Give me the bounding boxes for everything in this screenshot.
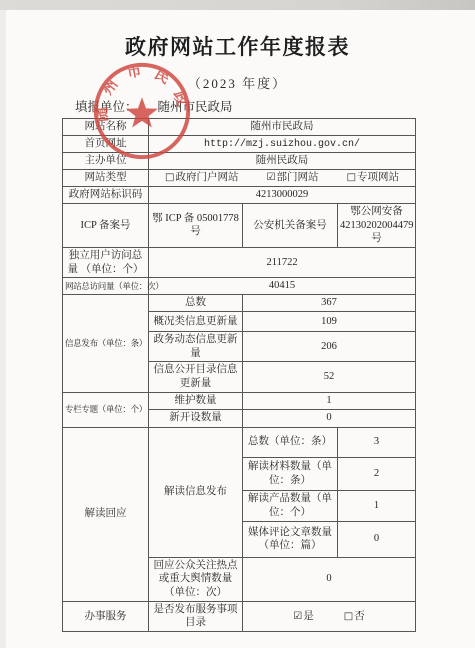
site-name-value: 随州市民政局 bbox=[149, 119, 416, 136]
home-url-value: http://mzj.suizhou.gov.cn/ bbox=[149, 136, 416, 153]
checkbox-unchecked-icon: □ bbox=[344, 611, 353, 622]
info-publish-news-label: 政务动态信息更新量 bbox=[149, 332, 243, 362]
special-columns-new-label: 新开设数量 bbox=[149, 409, 243, 427]
interpretation-publish-label: 解读信息发布 bbox=[149, 427, 243, 557]
site-type-option-portal: □政府门户网站 bbox=[165, 171, 238, 185]
interpretation-materials-value: 2 bbox=[338, 457, 416, 490]
service-yes-option: ☑是 bbox=[293, 610, 313, 624]
interpretation-media-label: 媒体评论文章数量（单位：篇） bbox=[243, 521, 338, 557]
info-publish-overview-label: 概况类信息更新量 bbox=[149, 312, 243, 332]
total-visits-label: 网站总访问量（单位：次） bbox=[63, 278, 149, 295]
unique-visitors-label: 独立用户访问总量 （单位：个） bbox=[63, 247, 149, 277]
info-publish-label: 信息发布（单位：条） bbox=[63, 295, 149, 393]
checkbox-unchecked-icon: □ bbox=[165, 172, 174, 183]
hotspot-response-label: 回应公众关注热点或重大舆情数量（单位：次） bbox=[149, 557, 243, 601]
site-type-label: 网站类型 bbox=[63, 170, 149, 187]
scan-artifact-top bbox=[0, 0, 475, 10]
special-columns-maintained-value: 1 bbox=[243, 392, 416, 409]
service-no-option: □否 bbox=[344, 610, 365, 624]
site-type-option-special: □专项网站 bbox=[347, 171, 399, 185]
service-yes-label: 是 bbox=[303, 611, 314, 622]
info-publish-catalog-value: 52 bbox=[243, 362, 416, 392]
site-type-option-portal-label: 政府门户网站 bbox=[175, 172, 238, 183]
site-type-option-department: ☑部门网站 bbox=[267, 171, 319, 185]
report-unit-line: 填报单位：随州市民政局 bbox=[75, 97, 233, 115]
interpretation-materials-label: 解读材料数量（单位：条） bbox=[243, 457, 338, 490]
scan-artifact-left bbox=[0, 10, 6, 648]
info-publish-overview-value: 109 bbox=[243, 312, 416, 332]
icp-label: ICP 备案号 bbox=[63, 204, 149, 248]
special-columns-maintained-label: 维护数量 bbox=[149, 392, 243, 409]
site-type-options: □政府门户网站 ☑部门网站 □专项网站 bbox=[149, 170, 416, 187]
total-visits-value: 40415 bbox=[149, 278, 416, 295]
organizer-label: 主办单位 bbox=[63, 153, 149, 170]
scanned-page: 政府网站工作年度报表 （2023 年度） 填报单位：随州市民政局 网站名称 随州… bbox=[0, 0, 475, 648]
site-code-label: 政府网站标识码 bbox=[63, 187, 149, 204]
unique-visitors-value: 211722 bbox=[149, 247, 416, 277]
hotspot-response-value: 0 bbox=[243, 557, 416, 601]
interpretation-products-label: 解读产品数量（单位：个） bbox=[243, 490, 338, 521]
annual-report-table: 网站名称 随州市民政局 首页网址 http://mzj.suizhou.gov.… bbox=[62, 118, 416, 632]
checkbox-checked-icon: ☑ bbox=[293, 611, 302, 622]
organizer-value: 随州民政局 bbox=[149, 153, 416, 170]
police-record-value: 鄂公网安备 42130202004479 号 bbox=[338, 204, 416, 248]
report-unit-value: 随州市民政局 bbox=[158, 100, 233, 114]
interpretation-total-label: 总数（单位：条） bbox=[243, 427, 338, 457]
police-record-label: 公安机关备案号 bbox=[243, 204, 338, 248]
site-type-option-department-label: 部门网站 bbox=[277, 172, 319, 183]
interpretation-products-value: 1 bbox=[338, 490, 416, 521]
special-columns-new-value: 0 bbox=[243, 409, 416, 427]
info-publish-total-value: 367 bbox=[243, 295, 416, 312]
icp-value: 鄂 ICP 备 05001778 号 bbox=[149, 204, 243, 248]
form-year: （2023 年度） bbox=[0, 73, 475, 92]
checkbox-unchecked-icon: □ bbox=[347, 172, 356, 183]
home-url-label: 首页网址 bbox=[63, 136, 149, 153]
site-name-label: 网站名称 bbox=[63, 119, 149, 136]
report-unit-label: 填报单位： bbox=[75, 100, 138, 114]
service-yesno: ☑是 □否 bbox=[243, 601, 416, 631]
info-publish-news-value: 206 bbox=[243, 332, 416, 362]
info-publish-total-label: 总数 bbox=[149, 295, 243, 312]
interpretation-media-value: 0 bbox=[338, 521, 416, 557]
site-type-option-special-label: 专项网站 bbox=[357, 172, 399, 183]
checkbox-checked-icon: ☑ bbox=[267, 172, 276, 183]
interpretation-total-value: 3 bbox=[338, 427, 416, 457]
info-publish-catalog-label: 信息公开目录信息更新量 bbox=[149, 362, 243, 392]
service-label: 办事服务 bbox=[63, 601, 149, 631]
interpretation-label: 解读回应 bbox=[63, 427, 149, 601]
site-code-value: 4213000029 bbox=[149, 187, 416, 204]
form-title: 政府网站工作年度报表 bbox=[0, 31, 475, 61]
service-no-label: 否 bbox=[354, 611, 365, 622]
special-columns-label: 专栏专题（单位：个） bbox=[63, 392, 149, 427]
service-item-label: 是否发布服务事项目录 bbox=[149, 601, 243, 631]
